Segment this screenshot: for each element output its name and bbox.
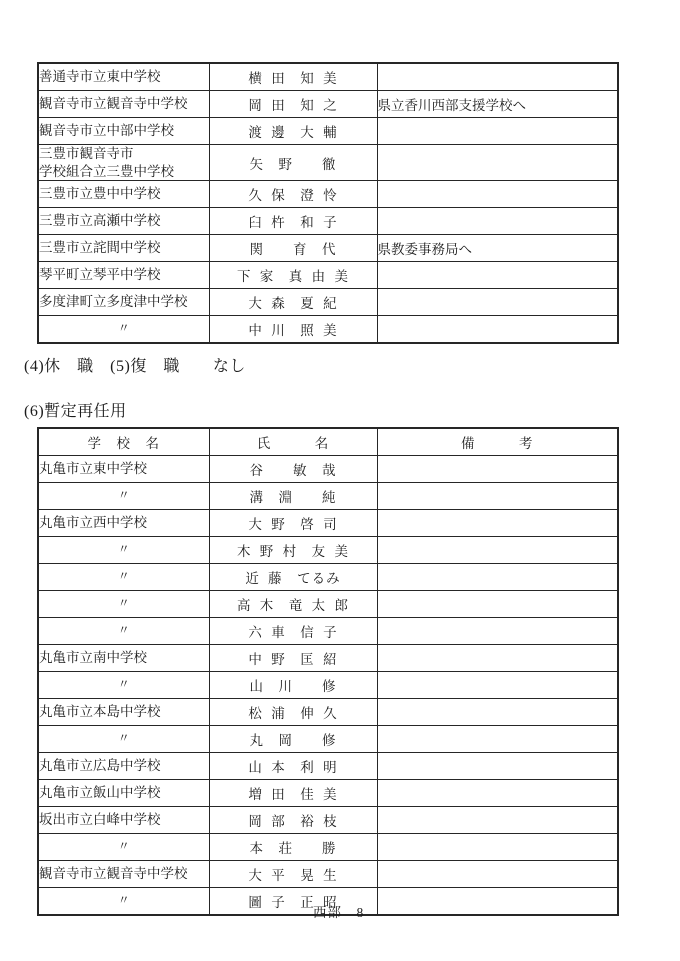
remarks-cell [377,510,618,537]
remarks-cell [377,591,618,618]
table-row: 〃木 野 村 友 美 [38,537,618,564]
table-row: 坂出市立白峰中学校岡 部 裕 枝 [38,807,618,834]
table-row: 〃中 川 照 美 [38,316,618,344]
person-name-cell: 高 木 竜 太 郎 [209,591,377,618]
table-row: 善通寺市立東中学校横 田 知 美 [38,63,618,91]
school-cell: 丸亀市立西中学校 [38,510,209,537]
header-school-name: 学 校 名 [38,428,209,456]
person-name-cell: 松 浦 伸 久 [209,699,377,726]
school-cell: 坂出市立白峰中学校 [38,807,209,834]
remarks-cell [377,699,618,726]
school-cell: 多度津町立多度津中学校 [38,289,209,316]
remarks-cell [377,753,618,780]
remarks-cell [377,262,618,289]
table-row: 〃本 荘 勝 [38,834,618,861]
school-cell-ditto: 〃 [38,483,209,510]
table-row: 多度津町立多度津中学校大 森 夏 紀 [38,289,618,316]
remarks-cell [377,645,618,672]
table-row: 琴平町立琴平中学校下 家 真 由 美 [38,262,618,289]
table-row: 〃溝 淵 純 [38,483,618,510]
person-name-cell: 溝 淵 純 [209,483,377,510]
person-name-cell: 木 野 村 友 美 [209,537,377,564]
table-row: 丸亀市立広島中学校山 本 利 明 [38,753,618,780]
person-name-cell: 渡 邊 大 輔 [209,118,377,145]
table-row: 丸亀市立東中学校谷 敏 哉 [38,456,618,483]
person-name-cell: 関 育 代 [209,235,377,262]
remarks-cell [377,208,618,235]
table-row: 〃丸 岡 修 [38,726,618,753]
person-name-cell: 丸 岡 修 [209,726,377,753]
person-name-cell: 山 本 利 明 [209,753,377,780]
remarks-cell [377,672,618,699]
remarks-cell [377,118,618,145]
personnel-table-top: 善通寺市立東中学校横 田 知 美観音寺市立観音寺中学校岡 田 知 之県立香川西部… [37,62,619,344]
school-cell: 三豊市観音寺市 学校組合立三豊中学校 [38,145,209,181]
remarks-cell [377,618,618,645]
table-row: 〃山 川 修 [38,672,618,699]
school-cell: 琴平町立琴平中学校 [38,262,209,289]
remarks-cell [377,483,618,510]
person-name-cell: 岡 部 裕 枝 [209,807,377,834]
school-cell-ditto: 〃 [38,888,209,916]
person-name-cell: 大 平 晃 生 [209,861,377,888]
remarks-cell [377,834,618,861]
remarks-cell [377,861,618,888]
remarks-cell [377,780,618,807]
school-cell-ditto: 〃 [38,537,209,564]
person-name-cell: 本 荘 勝 [209,834,377,861]
school-cell-ditto: 〃 [38,316,209,344]
school-cell: 観音寺市立観音寺中学校 [38,91,209,118]
remarks-cell [377,145,618,181]
page-footer-label: 西部 8 [313,901,364,921]
school-cell: 丸亀市立飯山中学校 [38,780,209,807]
school-cell: 三豊市立高瀬中学校 [38,208,209,235]
remarks-cell: 県教委事務局へ [377,235,618,262]
school-cell-ditto: 〃 [38,834,209,861]
school-cell: 三豊市立豊中中学校 [38,181,209,208]
header-remarks: 備 考 [377,428,618,456]
table-row: 〃六 車 信 子 [38,618,618,645]
table-row: 観音寺市立観音寺中学校岡 田 知 之県立香川西部支援学校へ [38,91,618,118]
table-row: 三豊市立豊中中学校久 保 澄 怜 [38,181,618,208]
school-cell-ditto: 〃 [38,618,209,645]
person-name-cell: 増 田 佳 美 [209,780,377,807]
person-name-cell: 大 森 夏 紀 [209,289,377,316]
table-row: 丸亀市立本島中学校松 浦 伸 久 [38,699,618,726]
school-cell: 丸亀市立広島中学校 [38,753,209,780]
table-row: 観音寺市立観音寺中学校大 平 晃 生 [38,861,618,888]
person-name-cell: 久 保 澄 怜 [209,181,377,208]
person-name-cell: 下 家 真 由 美 [209,262,377,289]
remarks-cell: 県立香川西部支援学校へ [377,91,618,118]
school-cell-ditto: 〃 [38,672,209,699]
table-row: 三豊市観音寺市 学校組合立三豊中学校矢 野 徹 [38,145,618,181]
person-name-cell: 大 野 啓 司 [209,510,377,537]
person-name-cell: 谷 敏 哉 [209,456,377,483]
school-cell-ditto: 〃 [38,591,209,618]
header-person-name: 氏 名 [209,428,377,456]
remarks-cell [377,63,618,91]
table-row: 丸亀市立飯山中学校増 田 佳 美 [38,780,618,807]
school-cell: 三豊市立詫間中学校 [38,235,209,262]
remarks-cell [377,456,618,483]
school-cell: 観音寺市立中部中学校 [38,118,209,145]
table-header-row: 学 校 名 氏 名 備 考 [38,428,618,456]
school-cell: 丸亀市立本島中学校 [38,699,209,726]
table-row: 三豊市立高瀬中学校臼 杵 和 子 [38,208,618,235]
person-name-cell: 中 野 匡 紹 [209,645,377,672]
table-row: 〃近 藤 てるみ [38,564,618,591]
school-cell: 善通寺市立東中学校 [38,63,209,91]
school-cell-ditto: 〃 [38,564,209,591]
remarks-cell [377,181,618,208]
table-row: 〃高 木 竜 太 郎 [38,591,618,618]
table-row: 丸亀市立南中学校中 野 匡 紹 [38,645,618,672]
remarks-cell [377,807,618,834]
table-row: 三豊市立詫間中学校関 育 代県教委事務局へ [38,235,618,262]
remarks-cell [377,537,618,564]
person-name-cell: 六 車 信 子 [209,618,377,645]
table-row: 丸亀市立西中学校大 野 啓 司 [38,510,618,537]
remarks-cell [377,726,618,753]
school-cell-ditto: 〃 [38,726,209,753]
table-row: 観音寺市立中部中学校渡 邊 大 輔 [38,118,618,145]
person-name-cell: 臼 杵 和 子 [209,208,377,235]
remarks-cell [377,564,618,591]
reappointment-table: 学 校 名 氏 名 備 考 丸亀市立東中学校谷 敏 哉〃溝 淵 純丸亀市立西中学… [37,427,619,916]
person-name-cell: 岡 田 知 之 [209,91,377,118]
person-name-cell: 矢 野 徹 [209,145,377,181]
person-name-cell: 中 川 照 美 [209,316,377,344]
section-heading-kyushoku-fukushoku: (4)休 職 (5)復 職 なし [24,353,246,376]
section-heading-zantei-sainin-yo: (6)暫定再任用 [24,398,127,421]
person-name-cell: 山 川 修 [209,672,377,699]
school-cell: 観音寺市立観音寺中学校 [38,861,209,888]
remarks-cell [377,316,618,344]
remarks-cell [377,289,618,316]
remarks-cell [377,888,618,916]
document-page: 善通寺市立東中学校横 田 知 美観音寺市立観音寺中学校岡 田 知 之県立香川西部… [0,0,680,961]
person-name-cell: 近 藤 てるみ [209,564,377,591]
person-name-cell: 横 田 知 美 [209,63,377,91]
school-cell: 丸亀市立南中学校 [38,645,209,672]
school-cell: 丸亀市立東中学校 [38,456,209,483]
